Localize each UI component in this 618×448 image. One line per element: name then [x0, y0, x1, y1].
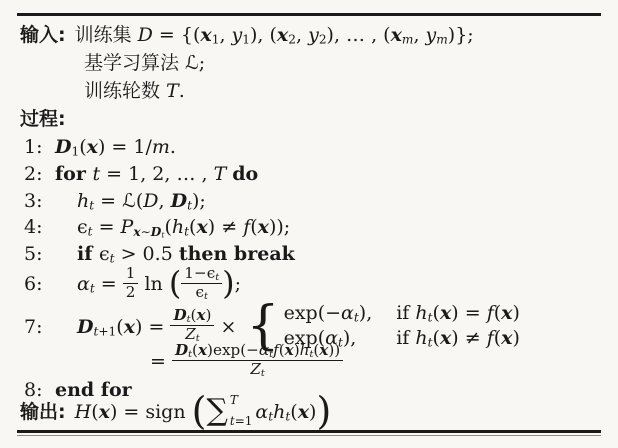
input-label: 输入:: [20, 24, 66, 46]
math-token: x: [501, 302, 512, 324]
math-token: ϵ: [77, 216, 88, 238]
math-token: ,: [158, 190, 170, 212]
math-token: h: [273, 401, 285, 423]
math-token: α: [255, 401, 268, 423]
math-token: ): [513, 302, 520, 324]
math-token: )exp(−: [207, 341, 259, 359]
math-token: ;: [199, 52, 205, 74]
algo-line-2: 2:for t = 1, 2, … , Tdo: [24, 161, 258, 188]
keyword-do: do: [232, 163, 258, 185]
math-token: ): [206, 306, 212, 324]
math-sub: t: [215, 272, 219, 283]
bottom-rule-shadow: [17, 435, 601, 436]
line-number-4: 4:: [24, 214, 42, 241]
math-token: =: [94, 190, 122, 212]
output-label: 输出:: [20, 401, 66, 423]
math-token: ) = sign: [110, 401, 192, 423]
math-token: x: [124, 316, 135, 338]
math-token: x: [99, 401, 110, 423]
math-token: T: [214, 163, 227, 185]
output-line: 输出:H(x) = sign (∑Tt=1αtht(x)): [20, 396, 331, 430]
math-token: Dt(x)exp(−αtf(x)ht(x)): [172, 342, 343, 361]
math-token: 1−ϵt: [181, 265, 222, 284]
math-token: )};: [448, 24, 474, 46]
math-token: α: [259, 341, 269, 359]
math-token: y: [308, 24, 319, 46]
math-token: .: [170, 136, 176, 158]
math-token: ),: [343, 327, 356, 349]
math-token: y: [426, 24, 437, 46]
text-base-learner: 基学习算法: [84, 52, 185, 74]
math-token: (: [250, 216, 257, 238]
math-sub: m: [402, 33, 414, 47]
line-content: ht = ℒ(D, Dt);: [77, 190, 206, 212]
line-content: if ϵt > 0.5 then break: [77, 243, 295, 265]
math-token: ): [513, 327, 520, 349]
math-token: D: [173, 306, 186, 324]
math-token: if: [396, 302, 415, 324]
math-token: ϵ: [99, 243, 110, 265]
math-token: h: [77, 190, 89, 212]
input-line-3: 训练轮数 T.: [84, 78, 185, 105]
math-token: ): [309, 401, 316, 423]
math-token: > 0.5: [115, 243, 179, 265]
math-sub: 1: [242, 33, 250, 47]
math-token: x: [200, 24, 211, 46]
math-token: x: [391, 24, 402, 46]
math-token: D: [143, 190, 158, 212]
math-sub: t: [261, 368, 265, 379]
math-token: y: [232, 24, 243, 46]
math-sub: t+1: [93, 324, 116, 338]
case-value-1: exp(−αt),: [284, 301, 373, 325]
math-token: t: [92, 163, 100, 185]
keyword-for: for: [55, 163, 92, 185]
input-line-1: 输入:训练集 D = {(x1, y1), (x2, y2), … , (xm,…: [20, 22, 474, 49]
math-token: ));: [269, 216, 290, 238]
math-token: α: [341, 302, 354, 324]
math-token: ) =: [135, 316, 170, 338]
math-token: x: [87, 136, 98, 158]
math-token: Z: [250, 360, 261, 378]
fraction: 12: [123, 265, 139, 302]
math-token: );: [192, 190, 206, 212]
algorithm-box: 输入:训练集 D = {(x1, y1), (x2, y2), … , (xm,…: [0, 0, 618, 448]
learner-symbol: ℒ: [185, 52, 199, 74]
line-content: αt = 12 ln (1−ϵtϵt);: [77, 273, 241, 295]
math-token: ) = 1/: [98, 136, 152, 158]
keyword-then-break: then break: [179, 243, 295, 265]
math-token: (: [290, 401, 297, 423]
math-token: =1: [235, 414, 253, 428]
math-token: (: [116, 316, 123, 338]
process-label: 过程:: [20, 108, 66, 130]
math-token: ),: [359, 302, 372, 324]
math-token: ϵ: [207, 264, 216, 282]
text-rounds: 训练轮数: [84, 80, 166, 102]
sum-upper-limit: T: [230, 394, 253, 407]
line-number-5: 5:: [24, 241, 42, 268]
math-token: ), (: [250, 24, 277, 46]
math-token: 1: [123, 265, 139, 284]
line-number-1: 1:: [24, 134, 42, 161]
math-token: 2: [123, 284, 139, 302]
case-cond-1: if ht(x) = f(x): [396, 301, 520, 325]
math-token: h: [300, 341, 310, 359]
math-token: (: [494, 327, 501, 349]
math-token: T: [166, 80, 179, 102]
top-rule: [17, 13, 601, 16]
math-token: x: [440, 302, 451, 324]
math-token: x: [440, 327, 451, 349]
math-token: ) =: [451, 302, 486, 324]
math-token: D: [175, 341, 188, 359]
equals-sign: =: [150, 350, 172, 372]
math-token: D: [55, 136, 71, 158]
math-token: x: [258, 216, 269, 238]
math-token: x: [298, 401, 309, 423]
math-token: if: [396, 327, 415, 349]
algo-line-3: 3:ht = ℒ(D, Dt);: [24, 188, 206, 215]
fraction: 1−ϵtϵt: [181, 265, 222, 302]
math-token: P: [121, 216, 134, 238]
algo-line-1: 1:D1(x) = 1/m.: [24, 134, 176, 161]
line-content: ϵt = Px∼Dt(ht(x) ≠ f(x));: [77, 216, 290, 238]
line-number-7: 7:: [24, 314, 42, 341]
math-token: α: [77, 273, 90, 295]
math-token: 1−: [184, 264, 206, 282]
math-token: .: [179, 80, 185, 102]
math-token: h: [415, 327, 427, 349]
math-token: (: [494, 302, 501, 324]
fraction: Dt(x)exp(−αtf(x)ht(x))Zt: [172, 342, 343, 379]
case-cond-2: if ht(x) ≠ f(x): [396, 326, 520, 350]
algo-line-5: 5:if ϵt > 0.5 then break: [24, 241, 295, 268]
math-token: = 1, 2, … ,: [100, 163, 213, 185]
math-sub: 2: [288, 33, 296, 47]
math-token: x: [285, 341, 294, 359]
learner-symbol: ℒ: [122, 190, 136, 212]
line-number-3: 3:: [24, 188, 42, 215]
math-token: (: [79, 136, 86, 158]
math-token: D: [171, 190, 187, 212]
summation-limits: Tt=1: [230, 394, 253, 428]
math-token: h: [415, 302, 427, 324]
keyword-if: if: [77, 243, 99, 265]
math-token: x: [196, 306, 205, 324]
math-token: ) ≠: [451, 327, 486, 349]
input-line-2: 基学习算法 ℒ;: [84, 50, 205, 77]
math-token: ) ≠: [208, 216, 243, 238]
math-token: m: [152, 136, 170, 158]
math-token: ϵ: [195, 283, 204, 301]
fraction: Dt(x)Zt: [170, 307, 214, 344]
math-token: (: [91, 401, 98, 423]
math-token: ), … , (: [327, 24, 391, 46]
math-token: D: [138, 24, 153, 46]
math-token: )): [328, 341, 340, 359]
math-token: x: [198, 341, 207, 359]
math-token: Dt(x): [170, 307, 214, 326]
math-token: H: [75, 401, 92, 423]
math-token: ln: [138, 273, 168, 295]
algo-line-7-continued: = Dt(x)exp(−αtf(x)ht(x))Zt: [150, 344, 343, 381]
line-number-2: 2:: [24, 161, 42, 188]
math-token: D: [151, 225, 162, 239]
line-number-6: 6:: [24, 271, 42, 298]
tilde-operator: ∼: [141, 225, 151, 239]
text-trainset: 训练集: [75, 24, 138, 46]
math-sub: m: [436, 33, 448, 47]
math-token: D: [77, 316, 93, 338]
math-token: Zt: [172, 361, 343, 379]
math-token: exp(−: [284, 302, 341, 324]
math-sub: 2: [319, 33, 327, 47]
math-token: +1: [98, 324, 116, 338]
math-token: ,: [219, 24, 231, 46]
math-token: = {(: [153, 24, 201, 46]
math-token: h: [172, 216, 184, 238]
times-operator: ×: [214, 316, 242, 338]
algo-line-6: 6:αt = 12 ln (1−ϵtϵt);: [24, 267, 241, 304]
line-content: Dt+1(x) = Dt(x)Zt × {exp(−αt),if ht(x) =…: [77, 316, 520, 338]
math-token: =: [93, 216, 121, 238]
math-sub: t: [204, 291, 208, 302]
math-token: ,: [296, 24, 308, 46]
math-token: ,: [413, 24, 425, 46]
math-token: x: [501, 327, 512, 349]
process-line: 过程:: [20, 106, 66, 133]
math-token: ϵt: [181, 284, 222, 302]
algo-line-4: 4:ϵt = Px∼Dt(ht(x) ≠ f(x));: [24, 214, 290, 241]
math-token: ;: [235, 273, 241, 295]
math-sub: x∼Dt: [133, 225, 164, 239]
math-token: (: [164, 216, 171, 238]
bottom-rule: [17, 430, 601, 433]
sum-lower-limit: t=1: [230, 415, 253, 428]
math-token: =: [95, 273, 123, 295]
math-token: x: [277, 24, 288, 46]
math-token: x: [133, 225, 140, 239]
math-token: x: [196, 216, 207, 238]
